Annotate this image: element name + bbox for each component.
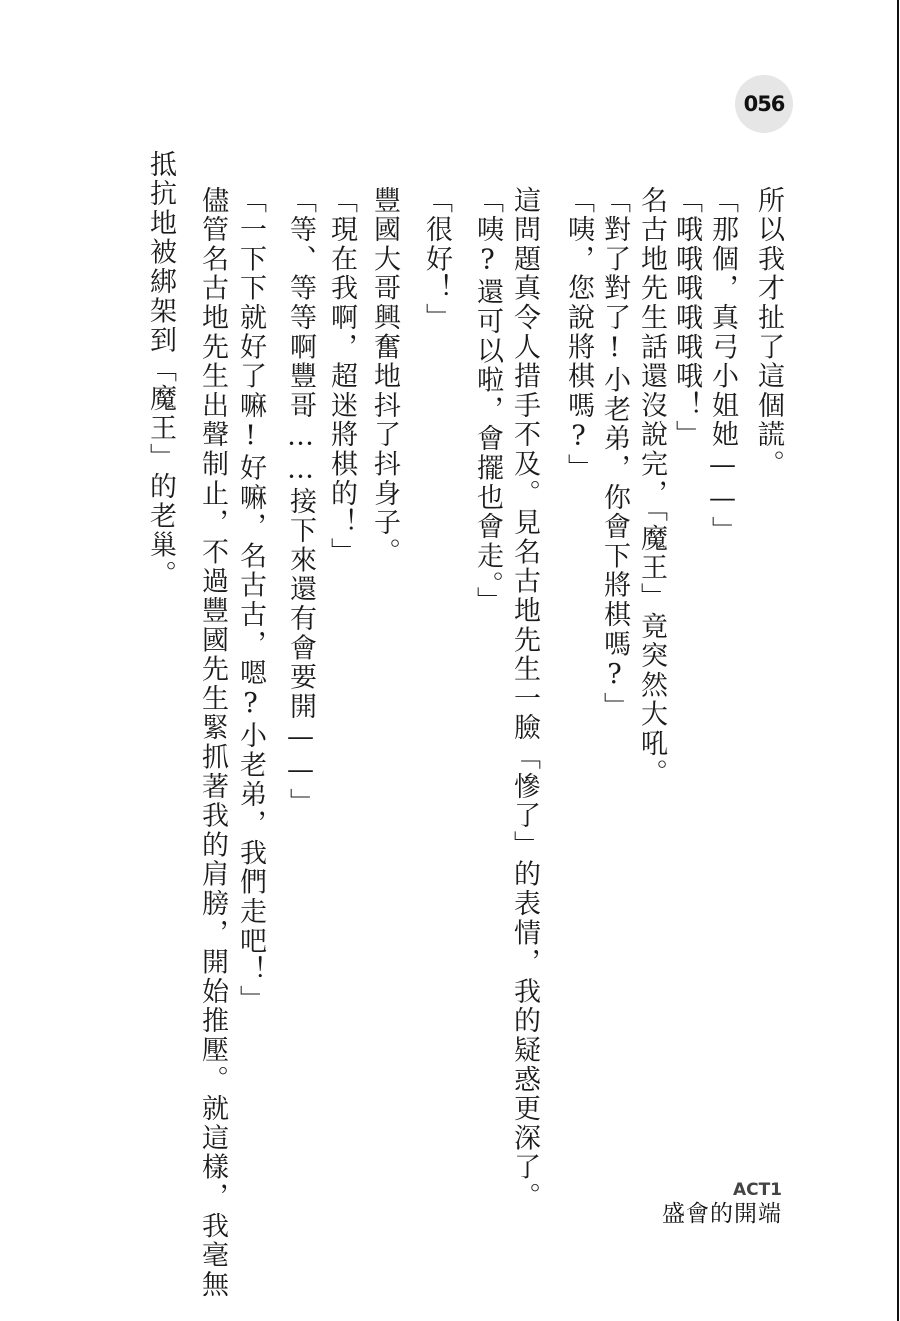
text-column: 所以我才扯了這個謊。 xyxy=(751,186,785,479)
text-column: 「很好！」 xyxy=(419,186,453,333)
act-label: ACT1 xyxy=(662,1180,782,1200)
text-column: 「一下下就好了嘛!好嘛，名古古，嗯?小老弟，我們走吧！」 xyxy=(233,186,267,1014)
chapter-footer: ACT1 盛會的開端 xyxy=(662,1180,782,1228)
chapter-title: 盛會的開端 xyxy=(662,1200,782,1228)
text-column: 「咦?還可以啦，會擺也會走。」 xyxy=(470,186,504,616)
text-column: 「咦，您說將棋嗎?」 xyxy=(561,186,595,483)
text-column: 「等、等等啊豐哥……接下來還有會要開——」 xyxy=(283,186,317,817)
text-column: 「現在我啊，超迷將棋的！」 xyxy=(324,186,358,567)
text-column: 「對了對了!小老弟，你會下將棋嗎?」 xyxy=(597,186,631,721)
text-column: 儘管名古地先生出聲制止，不過豐國先生緊抓著我的肩膀，開始推壓。就這樣，我毫無 xyxy=(195,186,229,1299)
body-text: 所以我才扯了這個謊。「那個，真弓小姐她——」「哦哦哦哦哦哦！」名古地先生話還沒說… xyxy=(0,0,900,1321)
text-column: 名古地先生話還沒說完，「魔王」竟突然大吼。 xyxy=(634,186,668,788)
text-column: 抵抗地被綁架到「魔王」的老巢。 xyxy=(143,150,177,590)
text-column: 「那個，真弓小姐她——」 xyxy=(705,186,739,546)
text-column: 這問題真令人措手不及。見名古地先生一臉「慘了」的表情，我的疑惑更深了。 xyxy=(507,186,541,1212)
text-column: 「哦哦哦哦哦哦！」 xyxy=(669,186,703,450)
text-column: 豐國大哥興奮地抖了抖身子。 xyxy=(367,186,401,567)
